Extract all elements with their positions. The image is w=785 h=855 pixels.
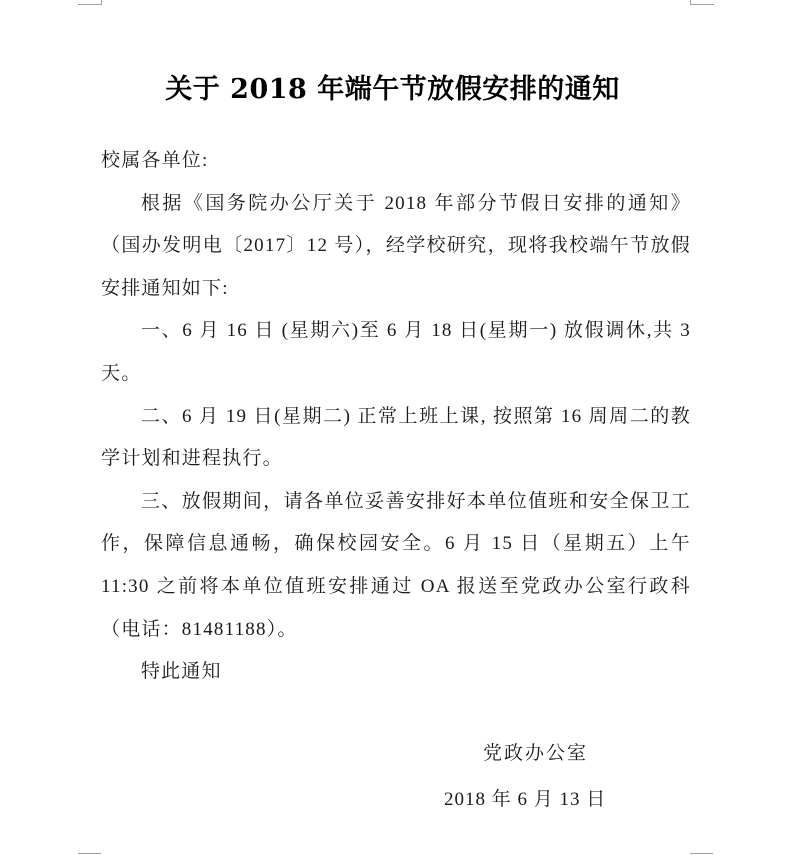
closing-remark: 特此通知 [101,651,691,694]
crop-mark-top-right [690,0,714,5]
signature-organization: 党政办公室 [483,734,588,774]
document-body: 校属各单位: 根据《国务院办公厅关于 2018 年部分节假日安排的通知》（国办发… [101,140,691,694]
paragraph-item-3: 三、放假期间，请各单位妥善安排好本单位值班和安全保卫工作，保障信息通畅，确保校园… [101,481,691,651]
document-title: 关于 2018 年端午节放假安排的通知 [0,70,785,110]
paragraph-intro: 根据《国务院办公厅关于 2018 年部分节假日安排的通知》（国办发明电〔2017… [101,183,691,311]
signature-date: 2018 年 6 月 13 日 [444,780,606,820]
paragraph-item-1: 一、6 月 16 日 (星期六)至 6 月 18 日(星期一) 放假调休,共 3… [101,310,691,395]
document-page: 关于 2018 年端午节放假安排的通知 校属各单位: 根据《国务院办公厅关于 2… [0,0,785,855]
salutation: 校属各单位: [101,140,691,183]
paragraph-item-2: 二、6 月 19 日(星期二) 正常上班上课, 按照第 16 周周二的教学计划和… [101,396,691,481]
crop-mark-top-left [78,0,102,5]
